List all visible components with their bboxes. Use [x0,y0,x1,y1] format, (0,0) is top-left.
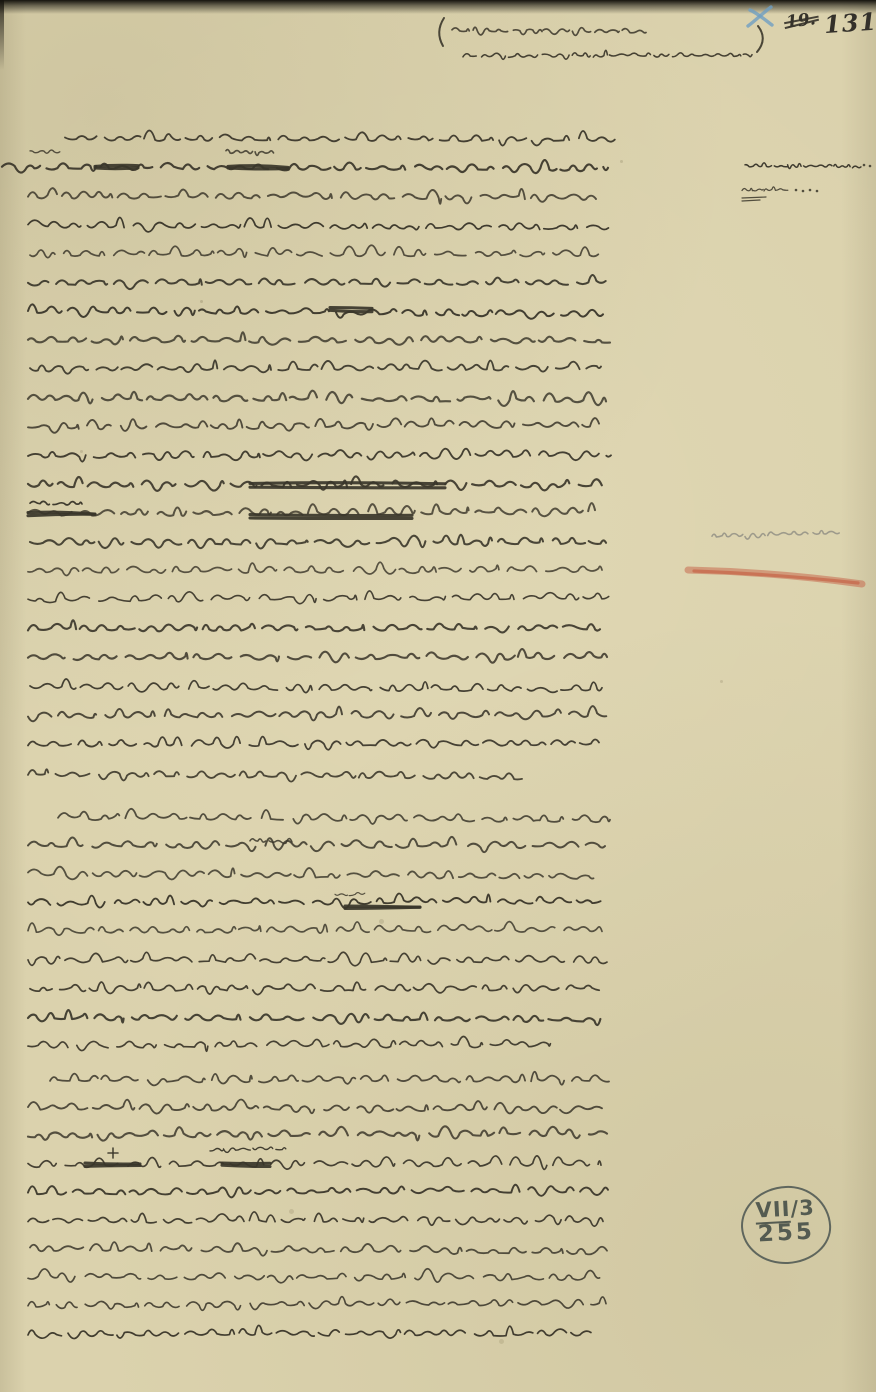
note-dot [795,189,798,192]
handwriting-line [28,391,606,406]
crossout-stroke [95,168,138,169]
underline-mark [742,197,766,198]
crossout-stroke [330,310,372,311]
paren-close-mark [757,26,763,52]
crossed-out-folio-number: 19. [785,9,817,32]
paren-open-mark [439,18,444,46]
handwriting-line [28,737,599,750]
handwriting-line [28,275,606,289]
handwriting-line [28,1297,606,1311]
crossout-stroke [228,168,288,169]
handwriting-line [28,418,599,433]
note-dot [809,189,812,192]
crossout-stroke [345,907,420,908]
handwriting-line [28,1036,550,1051]
handwriting-line [30,982,599,995]
handwriting-line [30,360,601,373]
handwriting-line [58,809,610,824]
crossout-stroke [250,483,445,484]
handwriting-line [28,922,602,936]
crossout-stroke [330,308,372,309]
margin-note-line [742,187,788,191]
crossout-stroke [28,514,95,515]
handwriting-line [28,591,609,604]
crossout-stroke [85,1166,140,1167]
handwriting-line [28,1269,600,1283]
handwriting-line [30,1242,607,1256]
handwriting-line [28,1126,607,1140]
handwriting-line [28,332,610,344]
handwriting-line [30,679,602,693]
manuscript-page: 19. 131. VII/3 255 [0,0,876,1392]
page-number: 131. [823,6,876,39]
crossout-stroke [85,1163,140,1164]
handwriting-line [28,867,594,880]
handwriting-line [28,1185,608,1198]
crossout-stroke [222,1165,270,1166]
note-dot [869,165,872,168]
note-dot [863,164,866,167]
pencil-word [712,531,839,539]
note-dot [816,190,819,193]
handwriting-line [28,837,605,852]
handwriting-line [28,188,596,204]
crossout-stroke [250,487,445,488]
header-note-line [463,50,752,59]
handwriting-line [28,217,608,231]
handwriting-line [2,160,608,173]
underline-mark [742,200,760,201]
handwriting-line [30,535,606,549]
crossout-stroke [95,165,138,166]
handwriting-line [50,1072,609,1086]
handwriting-insertion [226,150,274,156]
handwriting-line [28,894,601,909]
crossout-stroke [250,515,412,516]
archive-suffix: /3 [790,1195,816,1220]
handwriting-insertion [210,1147,286,1152]
handwriting-line [30,245,598,257]
handwriting-line [28,304,603,318]
handwriting-line [28,449,611,462]
manuscript-handwriting [0,0,876,1392]
handwriting-line [28,1325,591,1338]
handwriting-line [28,1010,600,1025]
margin-note-line [745,163,861,169]
handwriting-line [28,649,607,663]
handwriting-line [28,952,607,966]
header-note-line [452,27,646,35]
handwriting-line [28,706,606,721]
note-dot [802,190,805,193]
handwriting-line [28,562,602,575]
handwriting-insertion [30,501,82,505]
handwriting-line [28,1099,602,1113]
handwriting-insertion [335,893,365,896]
handwriting-line [65,130,615,145]
handwriting-line [28,620,600,632]
handwriting-line [28,1212,603,1226]
handwriting-line [28,769,522,781]
handwriting-insertion [30,150,60,153]
